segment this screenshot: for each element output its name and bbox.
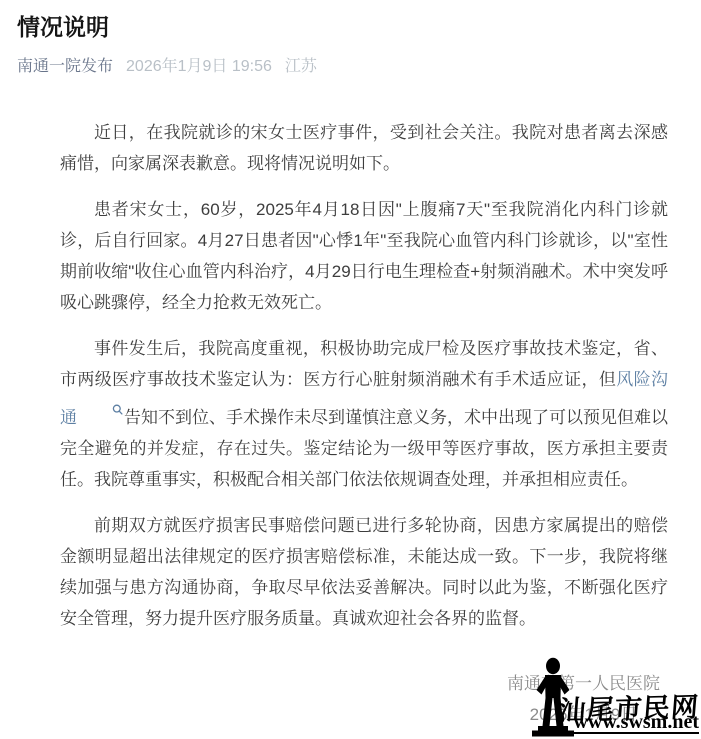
paragraph-negotiation: 前期双方就医疗损害民事赔偿问题已进行多轮协商，因患方家属提出的赔偿金额明显超出法… (60, 510, 668, 634)
paragraph-intro: 近日，在我院就诊的宋女士医疗事件，受到社会关注。我院对患者离去深感痛惜，向家属深… (60, 117, 668, 179)
post-location: 江苏 (285, 58, 317, 75)
author-link[interactable]: 南通一院发布 (17, 58, 113, 75)
statement-body: 近日，在我院就诊的宋女士医疗事件，受到社会关注。我院对患者离去深感痛惜，向家属深… (60, 117, 668, 634)
post-timestamp: 2026年1月9日 19:56 (126, 58, 272, 75)
appraisal-text-after: 告知不到位、手术操作未尽到谨慎注意义务，术中出现了可以预见但难以完全避免的并发症… (60, 408, 668, 489)
signature-date: 2026年1月9日 (507, 699, 660, 730)
paragraph-patient-course: 患者宋女士，60岁，2025年4月18日因"上腹痛7天"至我院消化内科门诊就诊，… (60, 194, 668, 318)
hospital-signature: 南通市第一人民医院 (507, 668, 660, 699)
paragraph-appraisal: 事件发生后，我院高度重视，积极协助完成尸检及医疗事故技术鉴定，省、市两级医疗事故… (60, 333, 668, 495)
statement-page: 情况说明 南通一院发布2026年1月9日 19:56江苏 近日，在我院就诊的宋女… (0, 0, 701, 739)
statement-footer: 南通市第一人民医院 2026年1月9日 (0, 668, 660, 730)
signature-block: 南通市第一人民医院 2026年1月9日 (507, 668, 660, 730)
post-meta: 南通一院发布2026年1月9日 19:56江苏 (17, 57, 701, 77)
page-title: 情况说明 (0, 0, 701, 40)
search-icon (78, 395, 123, 426)
appraisal-text-before: 事件发生后，我院高度重视，积极协助完成尸检及医疗事故技术鉴定，省、市两级医疗事故… (60, 339, 668, 389)
